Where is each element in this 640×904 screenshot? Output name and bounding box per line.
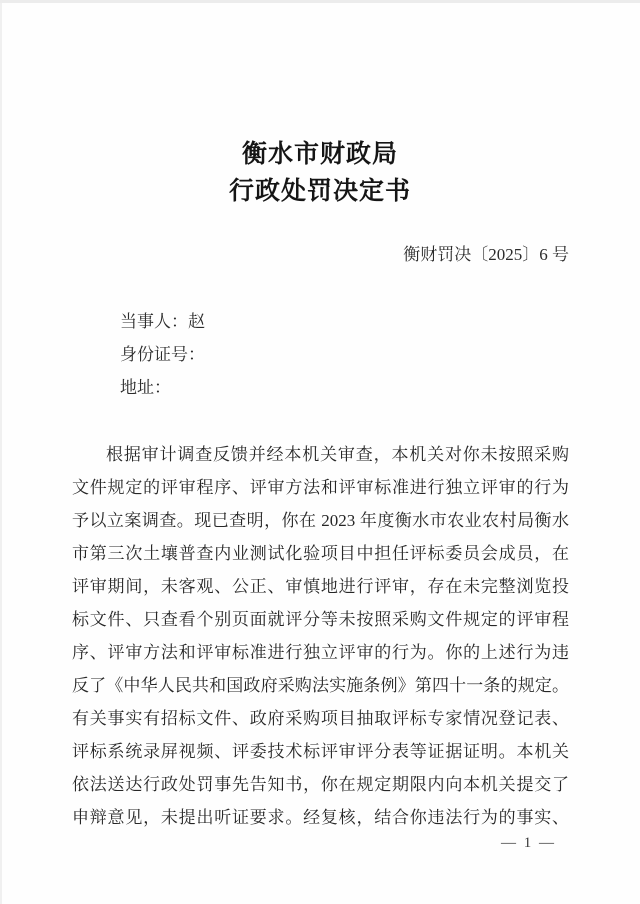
party-address-line: 地址： bbox=[120, 371, 205, 404]
title-line-issuing-authority: 衡水市财政局 bbox=[242, 141, 398, 168]
party-id-line: 身份证号： bbox=[120, 338, 205, 371]
body-line: 评标系统录屏视频、评委技术标评审评分表等证据证明。本机关 bbox=[72, 735, 569, 768]
party-name-line: 当事人：赵 bbox=[120, 305, 205, 338]
body-line: 予以立案调查。现已查明，你在 2023 年度衡水市农业农村局衡水 bbox=[72, 504, 569, 537]
body-line: 有关事实有招标文件、政府采购项目抽取评标专家情况登记表、 bbox=[72, 702, 569, 735]
scanned-document-page: 衡水市财政局 行政处罚决定书 衡财罚决〔2025〕6 号 当事人：赵 身份证号：… bbox=[0, 0, 640, 904]
body-line: 市第三次土壤普查内业测试化验项目中担任评标委员会成员，在 bbox=[72, 537, 569, 570]
body-line: 标文件、只查看个别页面就评分等未按照采购文件规定的评审程 bbox=[72, 603, 569, 636]
document-title: 衡水市财政局 行政处罚决定书 bbox=[0, 136, 640, 210]
scan-top-edge bbox=[0, 0, 640, 3]
body-paragraph: 根据审计调查反馈并经本机关审查，本机关对你未按照采购 文件规定的评审程序、评审方… bbox=[72, 438, 569, 834]
body-line: 根据审计调查反馈并经本机关审查，本机关对你未按照采购 bbox=[72, 438, 569, 471]
document-number: 衡财罚决〔2025〕6 号 bbox=[72, 242, 569, 268]
title-line-document-type: 行政处罚决定书 bbox=[229, 178, 411, 205]
page-number: — 1 — bbox=[0, 835, 640, 852]
party-info-block: 当事人：赵 身份证号： 地址： bbox=[120, 305, 205, 404]
body-line: 评审期间，未客观、公正、审慎地进行评审，存在未完整浏览投 bbox=[72, 570, 569, 603]
body-line: 反了《中华人民共和国政府采购法实施条例》第四十一条的规定。 bbox=[72, 669, 569, 702]
body-line: 序、评审方法和评审标准进行独立评审的行为。你的上述行为违 bbox=[72, 636, 569, 669]
body-line: 文件规定的评审程序、评审方法和评审标准进行独立评审的行为 bbox=[72, 471, 569, 504]
body-line: 申辩意见，未提出听证要求。经复核，结合你违法行为的事实、 bbox=[72, 801, 569, 834]
body-line: 依法送达行政处罚事先告知书，你在规定期限内向本机关提交了 bbox=[72, 768, 569, 801]
